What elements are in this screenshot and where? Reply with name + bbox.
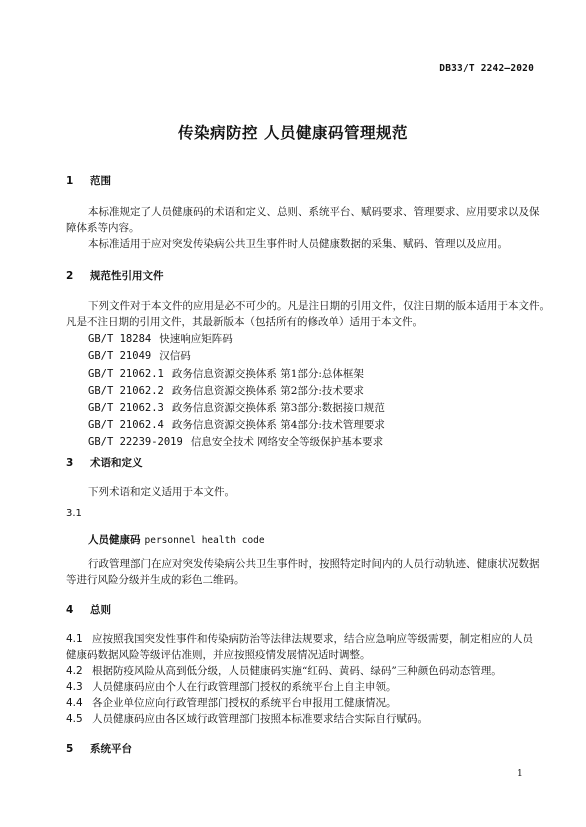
term-number: 3.1 — [66, 508, 82, 519]
reference-title: 政务信息资源交换体系 第1部分:总体框架 — [172, 368, 364, 380]
normative-reference: GB/T 22239-2019信息安全技术 网络安全等级保护基本要求 — [88, 434, 383, 449]
section-heading-4: 4总则 — [66, 602, 111, 617]
section-heading-3: 3术语和定义 — [66, 455, 143, 470]
reference-title: 政务信息资源交换体系 第3部分:数据接口规范 — [172, 402, 385, 414]
reference-title: 快速响应矩阵码 — [159, 333, 233, 345]
section-number: 1 — [66, 175, 90, 187]
clause-text: 应按照我国突发性事件和传染病防治等法律法规要求，结合应急响应等级需要，制定相应的… — [92, 633, 533, 645]
reference-code: GB/T 21062.4 — [88, 419, 164, 431]
page-number: 1 — [517, 769, 523, 779]
section-number: 5 — [66, 743, 90, 755]
paragraph-continued: 凡是不注日期的引用文件，其最新版本（包括所有的修改单）适用于本文件。 — [66, 314, 423, 330]
reference-code: GB/T 18284 — [88, 333, 151, 345]
section-title: 总则 — [90, 604, 111, 616]
clause-text: 根据防疫风险从高到低分级，人员健康码实施“红码、黄码、绿码”三种颜色码动态管理。 — [92, 665, 502, 677]
clause-4-2: 4.2根据防疫风险从高到低分级，人员健康码实施“红码、黄码、绿码”三种颜色码动态… — [66, 663, 502, 679]
clause-text: 人员健康码应由各区域行政管理部门按照本标准要求结合实际自行赋码。 — [92, 713, 428, 725]
reference-code: GB/T 21062.3 — [88, 402, 164, 414]
paragraph: 下列术语和定义适用于本文件。 — [88, 484, 235, 500]
reference-code: GB/T 21062.2 — [88, 385, 164, 397]
section-title: 术语和定义 — [90, 457, 143, 469]
clause-text: 人员健康码应由个人在行政管理部门授权的系统平台上自主申领。 — [92, 681, 397, 693]
reference-title: 信息安全技术 网络安全等级保护基本要求 — [191, 436, 383, 448]
clause-number: 4.4 — [66, 695, 92, 711]
document-page: DB33/T 2242—2020 传染病防控 人员健康码管理规范 1范围 本标准… — [0, 0, 586, 827]
document-number: DB33/T 2242—2020 — [439, 63, 534, 74]
section-heading-5: 5系统平台 — [66, 741, 132, 756]
paragraph-continued: 障体系等内容。 — [66, 220, 140, 236]
reference-title: 汉信码 — [159, 350, 191, 362]
clause-number: 4.1 — [66, 631, 92, 647]
clause-number: 4.2 — [66, 663, 92, 679]
reference-code: GB/T 21062.1 — [88, 368, 164, 380]
section-number: 2 — [66, 270, 90, 282]
term-definition-continued: 等进行风险分级并生成的彩色二维码。 — [66, 572, 245, 588]
section-number: 3 — [66, 457, 90, 469]
normative-reference: GB/T 21062.1政务信息资源交换体系 第1部分:总体框架 — [88, 366, 364, 381]
term-heading: 人员健康码personnel health code — [88, 532, 265, 547]
reference-title: 政务信息资源交换体系 第4部分:技术管理要求 — [172, 419, 385, 431]
paragraph: 下列文件对于本文件的应用是必不可少的。凡是注日期的引用文件，仅注日期的版本适用于… — [88, 298, 550, 314]
normative-reference: GB/T 21049汉信码 — [88, 348, 191, 363]
clause-text-continued: 健康码数据风险等级评估准则，并应按照疫情发展情况适时调整。 — [66, 647, 371, 663]
reference-title: 政务信息资源交换体系 第2部分:技术要求 — [172, 385, 364, 397]
reference-code: GB/T 22239-2019 — [88, 436, 183, 448]
section-heading-1: 1范围 — [66, 173, 111, 188]
clause-number: 4.3 — [66, 679, 92, 695]
term-en: personnel health code — [145, 535, 265, 546]
normative-reference: GB/T 21062.2政务信息资源交换体系 第2部分:技术要求 — [88, 383, 364, 398]
term-definition: 行政管理部门在应对突发传染病公共卫生事件时，按照特定时间内的人员行动轨迹、健康状… — [88, 556, 540, 572]
section-title: 范围 — [90, 175, 111, 187]
term-zh: 人员健康码 — [88, 534, 141, 546]
paragraph: 本标准规定了人员健康码的术语和定义、总则、系统平台、赋码要求、管理要求、应用要求… — [88, 204, 540, 220]
reference-code: GB/T 21049 — [88, 350, 151, 362]
clause-4-3: 4.3人员健康码应由个人在行政管理部门授权的系统平台上自主申领。 — [66, 679, 397, 695]
section-title: 规范性引用文件 — [90, 270, 164, 282]
normative-reference: GB/T 21062.4政务信息资源交换体系 第4部分:技术管理要求 — [88, 417, 385, 432]
clause-4-5: 4.5人员健康码应由各区域行政管理部门按照本标准要求结合实际自行赋码。 — [66, 711, 428, 727]
clause-4-4: 4.4各企业单位应向行政管理部门授权的系统平台申报用工健康情况。 — [66, 695, 397, 711]
clause-number: 4.5 — [66, 711, 92, 727]
section-number: 4 — [66, 604, 90, 616]
document-title: 传染病防控 人员健康码管理规范 — [0, 121, 586, 143]
clause-4-1: 4.1应按照我国突发性事件和传染病防治等法律法规要求，结合应急响应等级需要，制定… — [66, 631, 533, 647]
section-heading-2: 2规范性引用文件 — [66, 268, 164, 283]
section-title: 系统平台 — [90, 743, 132, 755]
clause-text: 各企业单位应向行政管理部门授权的系统平台申报用工健康情况。 — [92, 697, 397, 709]
normative-reference: GB/T 18284快速响应矩阵码 — [88, 331, 233, 346]
normative-reference: GB/T 21062.3政务信息资源交换体系 第3部分:数据接口规范 — [88, 400, 385, 415]
paragraph: 本标准适用于应对突发传染病公共卫生事件时人员健康数据的采集、赋码、管理以及应用。 — [88, 236, 508, 252]
